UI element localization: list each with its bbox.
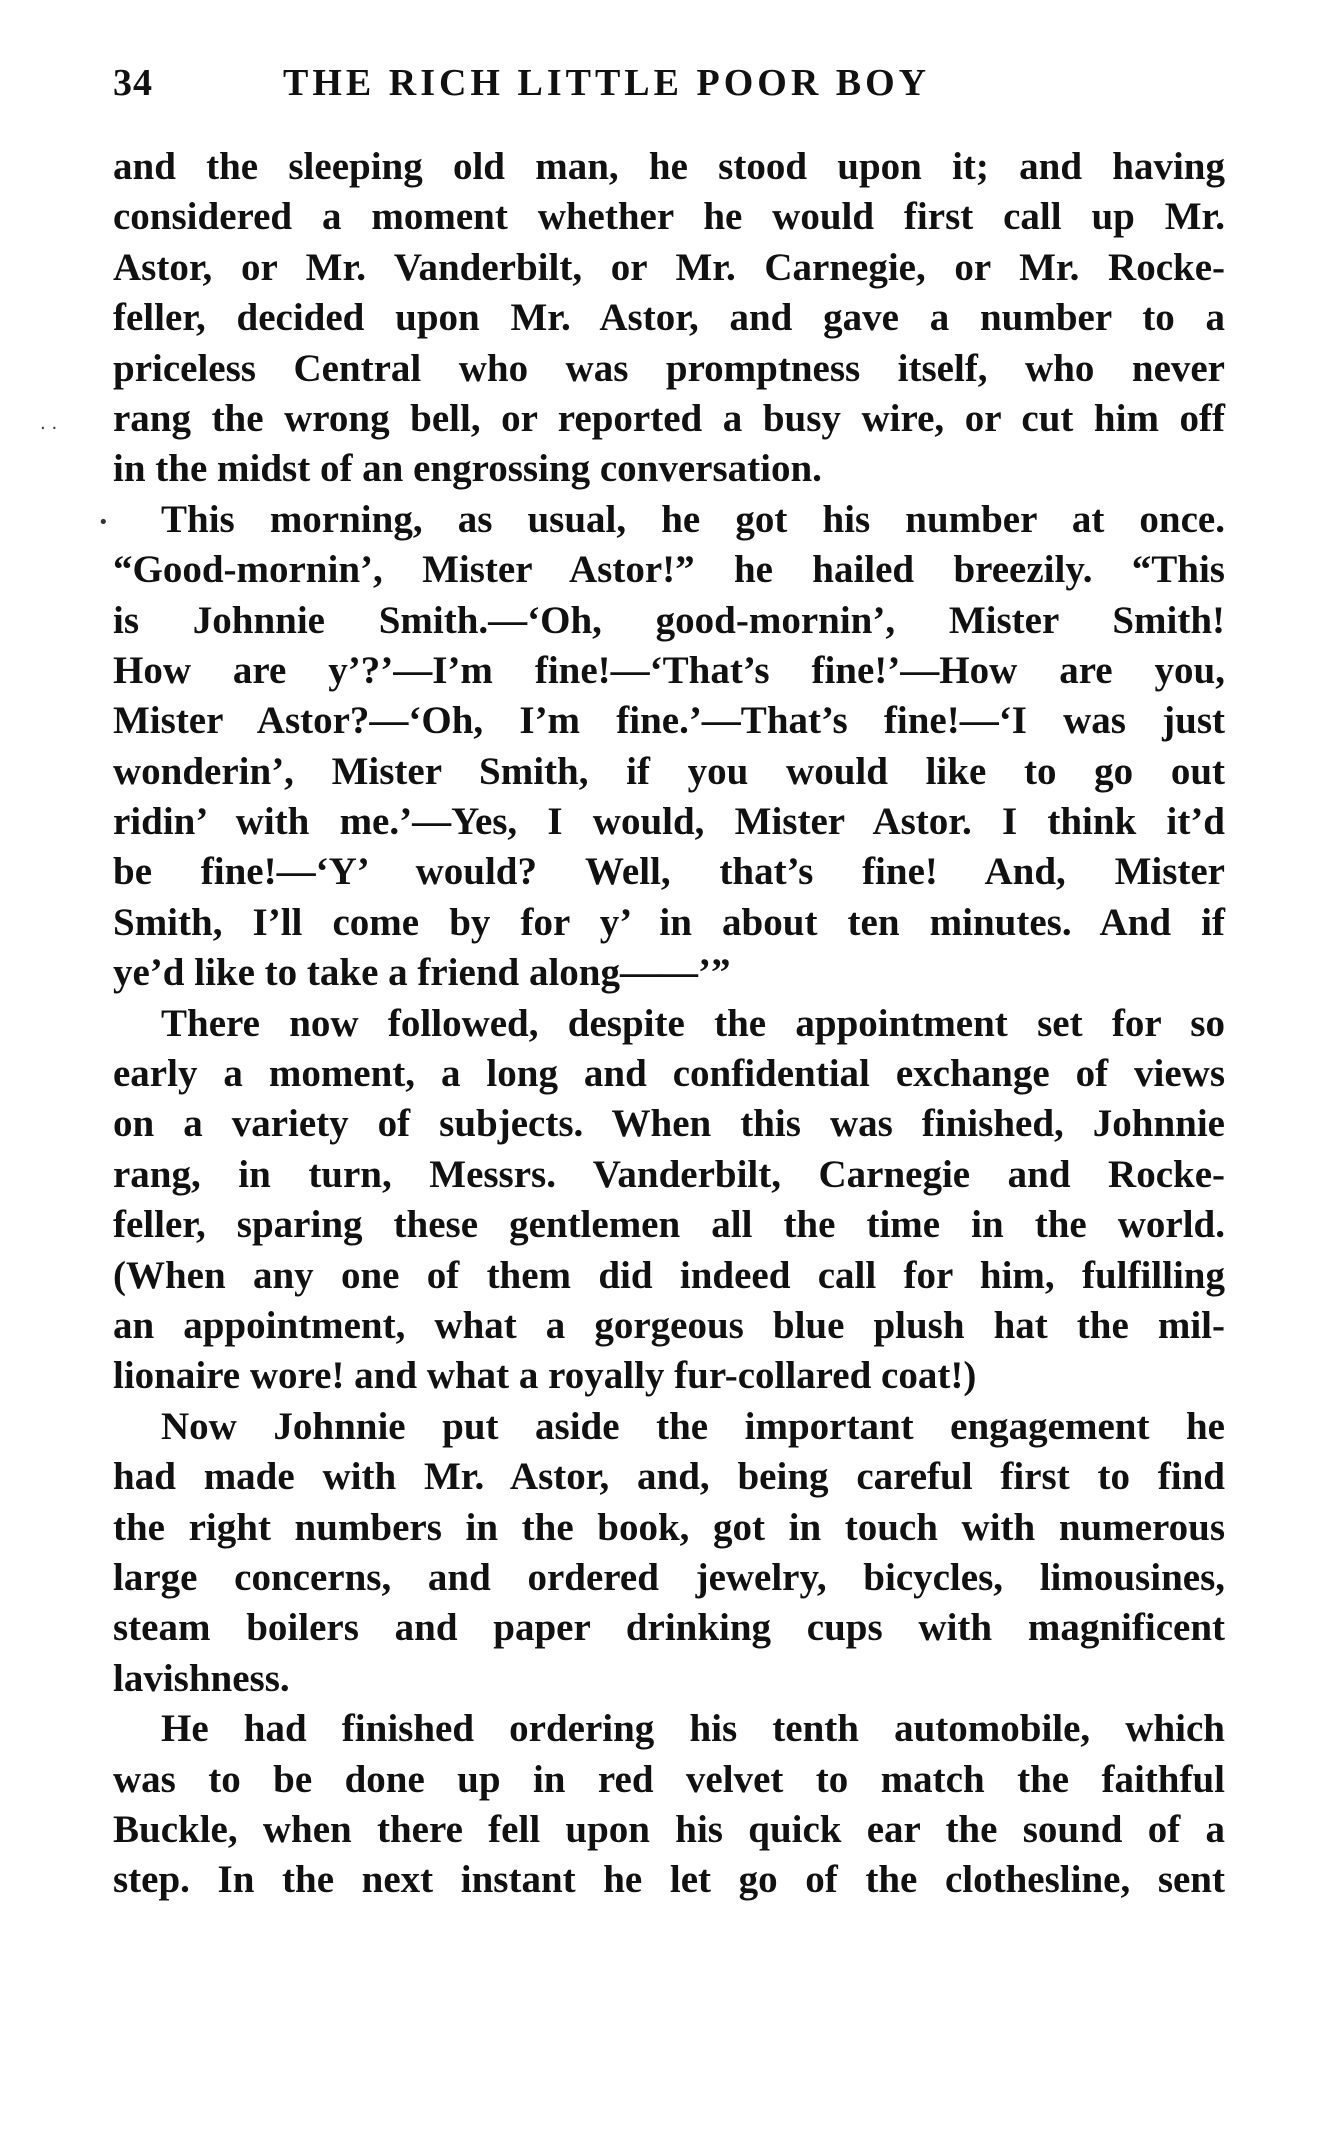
text-line: the right numbers in the book, got in to… bbox=[113, 1503, 1225, 1553]
body-text: and the sleeping old man, he stood upon … bbox=[113, 142, 1225, 1906]
text-line: be fine!—‘Y’ would? Well, that’s fine! A… bbox=[113, 847, 1225, 897]
text-line: Astor, or Mr. Vanderbilt, or Mr. Carnegi… bbox=[113, 243, 1225, 293]
text-line: lavishness. bbox=[113, 1654, 1225, 1704]
text-line: was to be done up in red velvet to match… bbox=[113, 1755, 1225, 1805]
text-line: on a variety of subjects. When this was … bbox=[113, 1099, 1225, 1149]
text-line: steam boilers and paper drinking cups wi… bbox=[113, 1603, 1225, 1653]
text-line: had made with Mr. Astor, and, being care… bbox=[113, 1452, 1225, 1502]
text-line: ye’d like to take a friend along——’” bbox=[113, 948, 1225, 998]
running-title: THE RICH LITTLE POOR BOY bbox=[283, 58, 930, 108]
text-line: in the midst of an engrossing conversati… bbox=[113, 444, 1225, 494]
margin-bullet: • bbox=[98, 512, 109, 533]
text-line: step. In the next instant he let go of t… bbox=[113, 1855, 1225, 1905]
text-line: and the sleeping old man, he stood upon … bbox=[113, 142, 1225, 192]
text-line: How are y’?’—I’m fine!—‘That’s fine!’—Ho… bbox=[113, 646, 1225, 696]
text-line: considered a moment whether he would fir… bbox=[113, 192, 1225, 242]
text-line: “Good-mornin’, Mister Astor!” he hailed … bbox=[113, 545, 1225, 595]
text-line: an appointment, what a gorgeous blue plu… bbox=[113, 1301, 1225, 1351]
text-line: (When any one of them did indeed call fo… bbox=[113, 1251, 1225, 1301]
text-line: Buckle, when there fell upon his quick e… bbox=[113, 1805, 1225, 1855]
text-line: ridin’ with me.’—Yes, I would, Mister As… bbox=[113, 797, 1225, 847]
text-line: Smith, I’ll come by for y’ in about ten … bbox=[113, 898, 1225, 948]
text-line: He had finished ordering his tenth autom… bbox=[113, 1704, 1225, 1754]
text-line: There now followed, despite the appointm… bbox=[113, 999, 1225, 1049]
text-line: Now Johnnie put aside the important enga… bbox=[113, 1402, 1225, 1452]
text-line: feller, decided upon Mr. Astor, and gave… bbox=[113, 293, 1225, 343]
text-line: rang the wrong bell, or reported a busy … bbox=[113, 394, 1225, 444]
book-page: 34 THE RICH LITTLE POOR BOY · · • and th… bbox=[0, 0, 1323, 2154]
page-header: 34 THE RICH LITTLE POOR BOY bbox=[113, 58, 1223, 108]
text-line: wonderin’, Mister Smith, if you would li… bbox=[113, 747, 1225, 797]
text-line: is Johnnie Smith.—‘Oh, good-mornin’, Mis… bbox=[113, 596, 1225, 646]
text-line: early a moment, a long and confidential … bbox=[113, 1049, 1225, 1099]
text-line: Mister Astor?—‘Oh, I’m fine.’—That’s fin… bbox=[113, 696, 1225, 746]
margin-mark: · · bbox=[40, 418, 57, 439]
text-line: feller, sparing these gentlemen all the … bbox=[113, 1200, 1225, 1250]
text-line: large concerns, and ordered jewelry, bic… bbox=[113, 1553, 1225, 1603]
text-line: rang, in turn, Messrs. Vanderbilt, Carne… bbox=[113, 1150, 1225, 1200]
text-line: lionaire wore! and what a royally fur-co… bbox=[113, 1351, 1225, 1401]
text-line: priceless Central who was promptness its… bbox=[113, 344, 1225, 394]
text-line: This morning, as usual, he got his numbe… bbox=[113, 495, 1225, 545]
page-number: 34 bbox=[113, 58, 153, 108]
